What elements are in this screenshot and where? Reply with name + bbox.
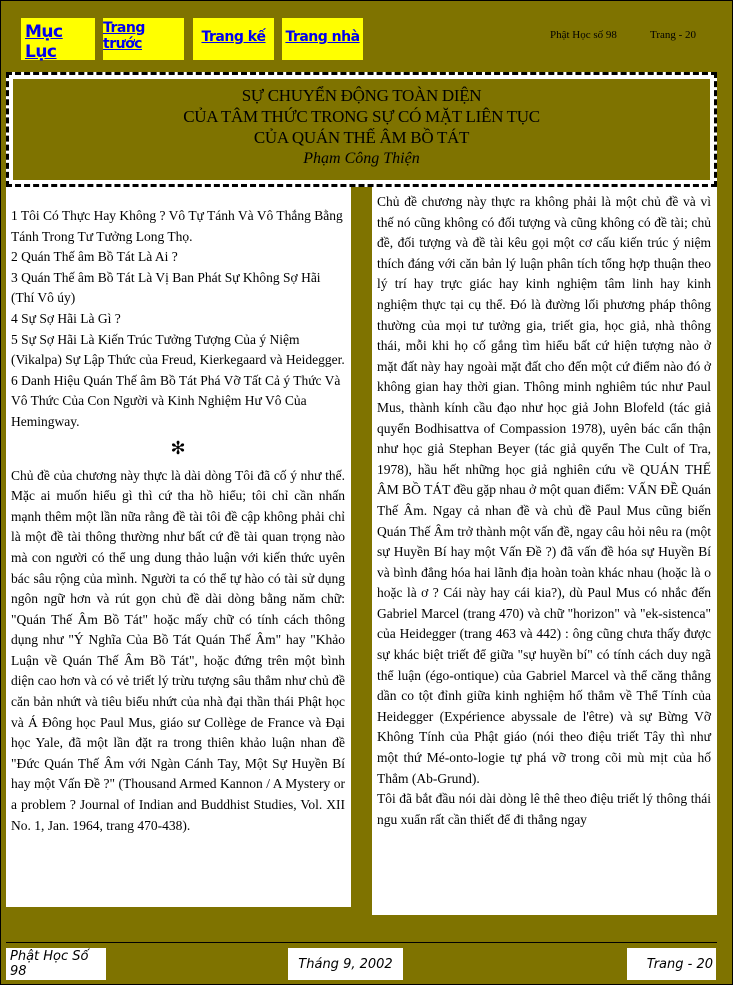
toc-item-2: 2 Quán Thế âm Bồ Tát Là Ai ? (11, 247, 345, 268)
right-column: Chủ đề chương này thực ra không phải là … (372, 187, 717, 915)
nav-muc-luc-button[interactable]: Mục Lục (21, 18, 95, 60)
right-body-paragraph-2: Tôi đã bắt đầu nói dài dòng lê thê theo … (377, 789, 711, 830)
footer-date: Tháng 9, 2002 (288, 948, 403, 980)
title-line-1: SỰ CHUYỂN ĐỘNG TOÀN DIỆN (13, 85, 710, 106)
footer-divider (6, 942, 717, 943)
nav-previous-page-button[interactable]: Trang trước (103, 18, 184, 60)
nav-next-page-label: Trang kế (201, 29, 265, 45)
nav-muc-luc-label: Mục Lục (25, 22, 95, 62)
footer-page-number: Trang - 20 (627, 948, 716, 980)
right-body-paragraph-1: Chủ đề chương này thực ra không phải là … (377, 192, 711, 789)
title-box: SỰ CHUYỂN ĐỘNG TOÀN DIỆN CỦA TÂM THỨC TR… (6, 72, 717, 187)
title-line-3: CỦA QUÁN THẾ ÂM BỒ TÁT (13, 127, 710, 148)
title-inner: SỰ CHUYỂN ĐỘNG TOÀN DIỆN CỦA TÂM THỨC TR… (13, 79, 710, 180)
toc-item-6: 6 Danh Hiệu Quán Thế âm Bồ Tát Phá Vỡ Tấ… (11, 371, 345, 433)
toc-item-1: 1 Tôi Có Thực Hay Không ? Vô Tự Tánh Và … (11, 206, 345, 247)
toc-item-4: 4 Sự Sợ Hãi Là Gì ? (11, 309, 345, 330)
title-line-2: CỦA TÂM THỨC TRONG SỰ CÓ MẶT LIÊN TỤC (13, 106, 710, 127)
nav-home-label: Trang nhà (285, 29, 359, 45)
toc-item-3: 3 Quán Thế âm Bồ Tát Là Vị Ban Phát Sự K… (11, 268, 345, 309)
footer-issue: Phật Học Số 98 (6, 948, 106, 980)
left-body-paragraph: Chủ đề của chương này thực là dài dòng T… (11, 466, 345, 837)
header-page-number: Trang - 20 (650, 29, 696, 41)
header-issue: Phật Học số 98 (550, 29, 617, 41)
nav-next-page-button[interactable]: Trang kế (193, 18, 274, 60)
nav-home-button[interactable]: Trang nhà (282, 18, 363, 60)
nav-previous-page-label: Trang trước (103, 20, 184, 52)
author-name: Phạm Công Thiện (13, 148, 710, 170)
toc-item-5: 5 Sự Sợ Hãi Là Kiến Trúc Tưởng Tượng Của… (11, 330, 345, 371)
left-column: 1 Tôi Có Thực Hay Không ? Vô Tự Tánh Và … (6, 187, 351, 907)
asterisk-separator-icon: ✻ (11, 435, 345, 461)
